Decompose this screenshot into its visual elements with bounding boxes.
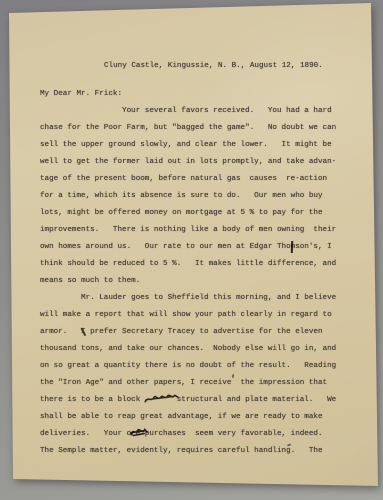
letter-line: improvements. There is nothing like a bo… <box>40 222 336 239</box>
letter-line: think should be reduced to 5 %. It makes… <box>40 256 336 273</box>
letter-dateline: Cluny Castle, Kingussie, N. B., August 1… <box>104 58 323 75</box>
letter-line: for a time, which its absence is sure to… <box>40 188 336 205</box>
letter-body: Your several favors received. You had a … <box>40 103 336 460</box>
letter-line: the "Iron Age" and other papers, I recei… <box>40 375 336 392</box>
letter-line: means so much to them. <box>40 273 336 290</box>
letter-line: well to get the former laid out in lots … <box>40 154 336 171</box>
letter-line: own homes around us. Our rate to our men… <box>40 239 336 256</box>
letter-line: Mr. Lauder goes to Sheffield this mornin… <box>40 290 336 307</box>
letter-line: deliveries. Your ore purchases seem very… <box>40 426 336 443</box>
letter-line: there is to be a block structural and pl… <box>40 392 336 409</box>
letter-line: tage of the present boom, before natural… <box>40 171 336 188</box>
letter-line: will make a report that will show your p… <box>40 307 336 324</box>
letter-line: The Semple matter, evidently, requires c… <box>40 443 336 460</box>
letter-content: Cluny Castle, Kingussie, N. B., August 1… <box>0 0 383 500</box>
letter-line: sell the upper ground slowly, and clear … <box>40 137 336 154</box>
letter-salutation: My Dear Mr. Frick: <box>40 86 122 103</box>
letter-line: armor. I prefer Secretary Tracey to adve… <box>40 324 336 341</box>
letter-line: Your several favors received. You had a … <box>40 103 336 120</box>
letter-line: lots, might be offered money on mortgage… <box>40 205 336 222</box>
letter-paper: Cluny Castle, Kingussie, N. B., August 1… <box>0 0 383 500</box>
letter-line: chase for the Poor Farm, but "bagged the… <box>40 120 336 137</box>
letter-line: shall be able to reap great advantage, i… <box>40 409 336 426</box>
letter-line: on so great a quantity there is no doubt… <box>40 358 336 375</box>
letter-scan: Cluny Castle, Kingussie, N. B., August 1… <box>0 0 383 500</box>
letter-line: thousand tons, and take our chances. Nob… <box>40 341 336 358</box>
